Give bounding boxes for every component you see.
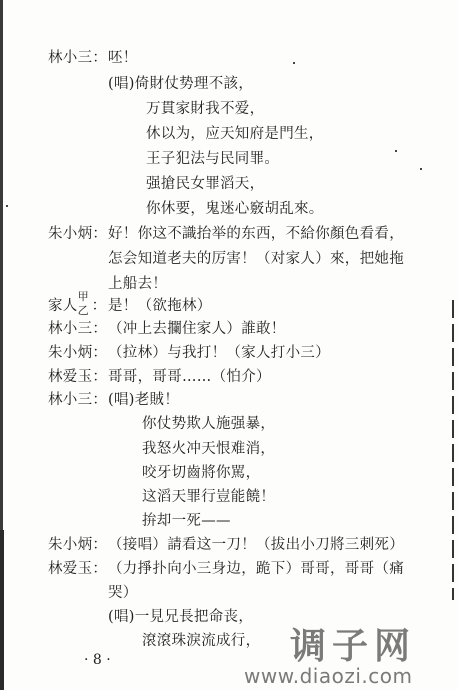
line-text: (唱)老賊！ <box>108 392 179 408</box>
line-text: 滾滾珠淚流成行， <box>142 633 260 649</box>
dialogue-line: 家人甲乙：是！（欲拖林） <box>48 297 212 315</box>
song-line: (唱)一見兄長把命丧， <box>108 608 253 626</box>
line-text: （拉林）与我打！（家人打小三） <box>108 345 330 361</box>
line-text: 休以为，应天知府是門生， <box>146 126 324 142</box>
song-line: 滾滾珠淚流成行， <box>142 632 260 650</box>
print-speck <box>6 205 8 207</box>
line-text: （冲上去攔住家人）誰敢！ <box>108 321 286 337</box>
print-speck <box>293 62 295 64</box>
song-line: 咬牙切齒將你駡， <box>142 464 260 482</box>
speaker-label: 朱小炳： <box>48 225 108 243</box>
line-text: 哥哥，哥哥……（怕介） <box>108 369 271 385</box>
dialogue-line: 朱小炳：好！你这不識抬举的东西，不給你顏色看看， <box>48 225 404 243</box>
speaker-label: 林小三： <box>48 391 108 409</box>
dialogue-line: 林爱玉：（力掙扑向小三身边，跪下）哥哥，哥哥（痛 <box>48 560 404 578</box>
song-line: 你休要，鬼迷心竅胡乱來。 <box>146 200 324 218</box>
line-text: 你仗势欺人施强暴， <box>142 416 275 432</box>
song-line: 王子犯法与民同罪。 <box>146 150 279 168</box>
page-left-edge-shadow <box>0 530 4 690</box>
line-text: 好！你这不識抬举的东西，不給你顏色看看， <box>108 226 404 242</box>
song-line: 万貫家財我不爱， <box>146 100 264 118</box>
song-line: 这滔天罪行豈能饒！ <box>142 488 275 506</box>
song-line: 你仗势欺人施强暴， <box>142 415 275 433</box>
line-text: 强搶民女罪滔天， <box>146 176 264 192</box>
line-text: 哭） <box>108 585 138 601</box>
line-text: 是！（欲拖林） <box>108 298 212 314</box>
dialogue-line: 朱小炳：（拉林）与我打！（家人打小三） <box>48 344 330 362</box>
line-text: 万貫家財我不爱， <box>146 101 264 117</box>
dialogue-line: 林小三：呸！ <box>48 49 138 67</box>
line-text: 怎会知道老夫的厉害！（对家人）來，把她拖 <box>108 251 404 267</box>
continuation-line: 上船去！ <box>108 275 167 293</box>
continuation-line: 哭） <box>108 584 138 602</box>
song-line: 休以为，应天知府是門生， <box>146 125 324 143</box>
speaker-subscript: 甲乙 <box>78 297 92 315</box>
continuation-line: 怎会知道老夫的厉害！（对家人）來，把她拖 <box>108 250 404 268</box>
line-text: (唱)一見兄長把命丧， <box>108 609 253 625</box>
dialogue-line: 林爱玉：哥哥，哥哥……（怕介） <box>48 368 271 386</box>
speaker-label: 林小三： <box>48 320 108 338</box>
line-text: 拚却一死—— <box>142 513 231 529</box>
speaker-label: 林爱玉： <box>48 368 108 386</box>
song-line: (唱)倚財仗势理不該， <box>108 75 253 93</box>
song-line: 强搶民女罪滔天， <box>146 175 264 193</box>
song-line: 我怒火冲天恨难消， <box>142 440 275 458</box>
speaker-label: 家人 <box>48 298 78 314</box>
print-speck <box>420 168 422 170</box>
speaker-label: 林小三： <box>48 49 108 67</box>
dialogue-line: 朱小炳：（接唱）請看这一刀！（拔出小刀將三刺死） <box>48 536 404 554</box>
dialogue-line: 林小三：(唱)老賊！ <box>48 391 179 409</box>
watermark-title: 调子网 <box>290 618 416 669</box>
print-speck <box>395 150 397 152</box>
song-line: 拚却一死—— <box>142 512 231 530</box>
page-number: · 8 · <box>84 652 111 668</box>
line-text: 你休要，鬼迷心竅胡乱來。 <box>146 201 324 217</box>
line-text: 呸！ <box>108 50 138 66</box>
speaker-label: 朱小炳： <box>48 536 108 554</box>
dialogue-line: 林小三：（冲上去攔住家人）誰敢！ <box>48 320 286 338</box>
line-text: (唱)倚財仗势理不該， <box>108 76 253 92</box>
line-text: 这滔天罪行豈能饒！ <box>142 489 275 505</box>
line-text: 咬牙切齒將你駡， <box>142 465 260 481</box>
speaker-label: 林爱玉： <box>48 560 108 578</box>
watermark-url: www.diaozi.com <box>244 664 412 688</box>
line-text: （力掙扑向小三身边，跪下）哥哥，哥哥（痛 <box>108 561 404 577</box>
line-text: 我怒火冲天恨难消， <box>142 441 275 457</box>
page-right-edge <box>452 300 454 600</box>
speaker-label: 朱小炳： <box>48 344 108 362</box>
line-text: （接唱）請看这一刀！（拔出小刀將三刺死） <box>108 537 404 553</box>
line-text: 王子犯法与民同罪。 <box>146 151 279 167</box>
line-text: 上船去！ <box>108 276 167 292</box>
